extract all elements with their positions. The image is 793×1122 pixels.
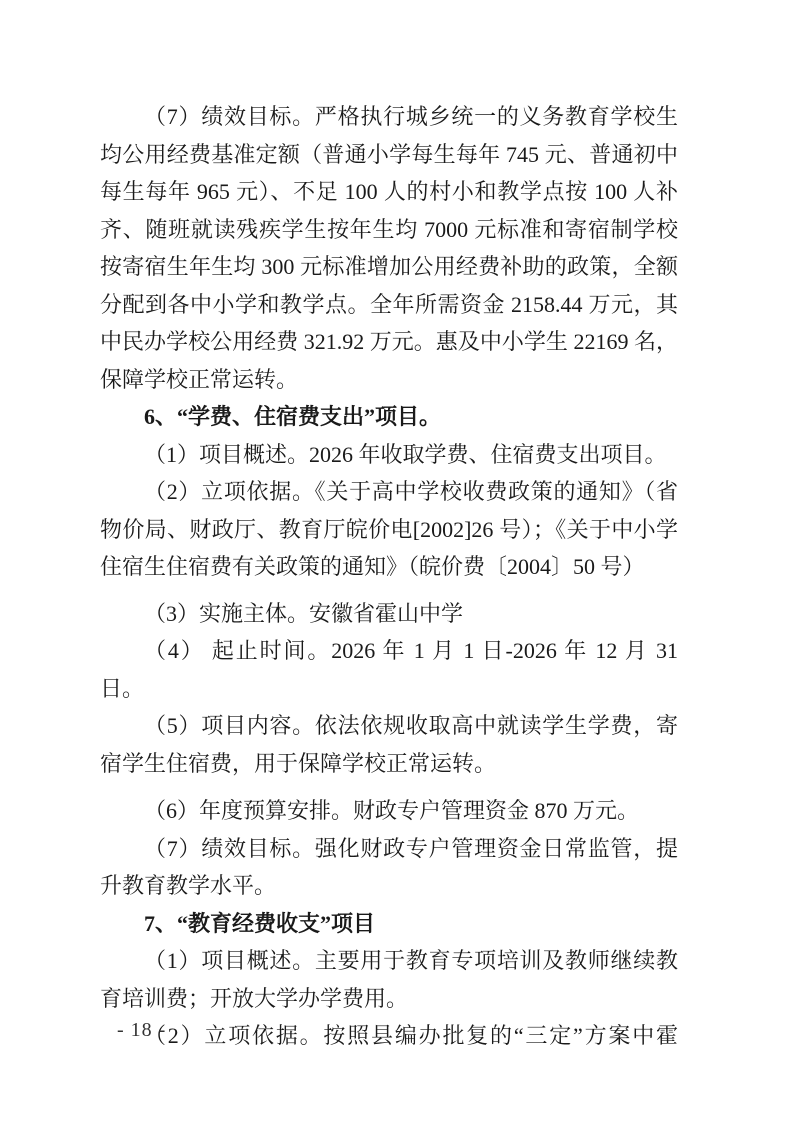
para-7-1-overview: （1）项目概述。主要用于教育专项培训及教师继续教育培训费；开放大学办学费用。 <box>100 942 678 1017</box>
heading-item-6-tuition-boarding: 6、“学费、住宿费支出”项目。 <box>100 398 678 436</box>
para-prev-7-performance-target: （7）绩效目标。严格执行城乡统一的义务教育学校生均公用经费基准定额（普通小学每生… <box>100 98 678 398</box>
page: （7）绩效目标。严格执行城乡统一的义务教育学校生均公用经费基准定额（普通小学每生… <box>0 0 793 1122</box>
document-text-block: （7）绩效目标。严格执行城乡统一的义务教育学校生均公用经费基准定额（普通小学每生… <box>100 98 678 1055</box>
para-6-1-overview: （1）项目概述。2026 年收取学费、住宿费支出项目。 <box>100 436 678 474</box>
para-6-3-implementer: （3）实施主体。安徽省霍山中学 <box>100 595 678 633</box>
para-6-7-performance-target: （7）绩效目标。强化财政专户管理资金日常监管，提升教育教学水平。 <box>100 830 678 905</box>
para-6-4-duration: （4） 起止时间。2026 年 1 月 1 日-2026 年 12 月 31 日… <box>100 632 678 707</box>
para-7-2-basis: （2）立项依据。按照县编办批复的“三定”方案中霍 <box>100 1017 678 1055</box>
page-number: - 18 - <box>117 1019 166 1042</box>
heading-item-7-education-funds: 7、“教育经费收支”项目 <box>100 905 678 943</box>
para-6-5-content: （5）项目内容。依法依规收取高中就读学生学费，寄宿学生住宿费，用于保障学校正常运… <box>100 707 678 782</box>
para-6-6-budget: （6）年度预算安排。财政专户管理资金 870 万元。 <box>100 792 678 830</box>
para-6-2-basis: （2）立项依据。《关于高中学校收费政策的通知》（省物价局、财政厅、教育厅皖价电[… <box>100 473 678 586</box>
